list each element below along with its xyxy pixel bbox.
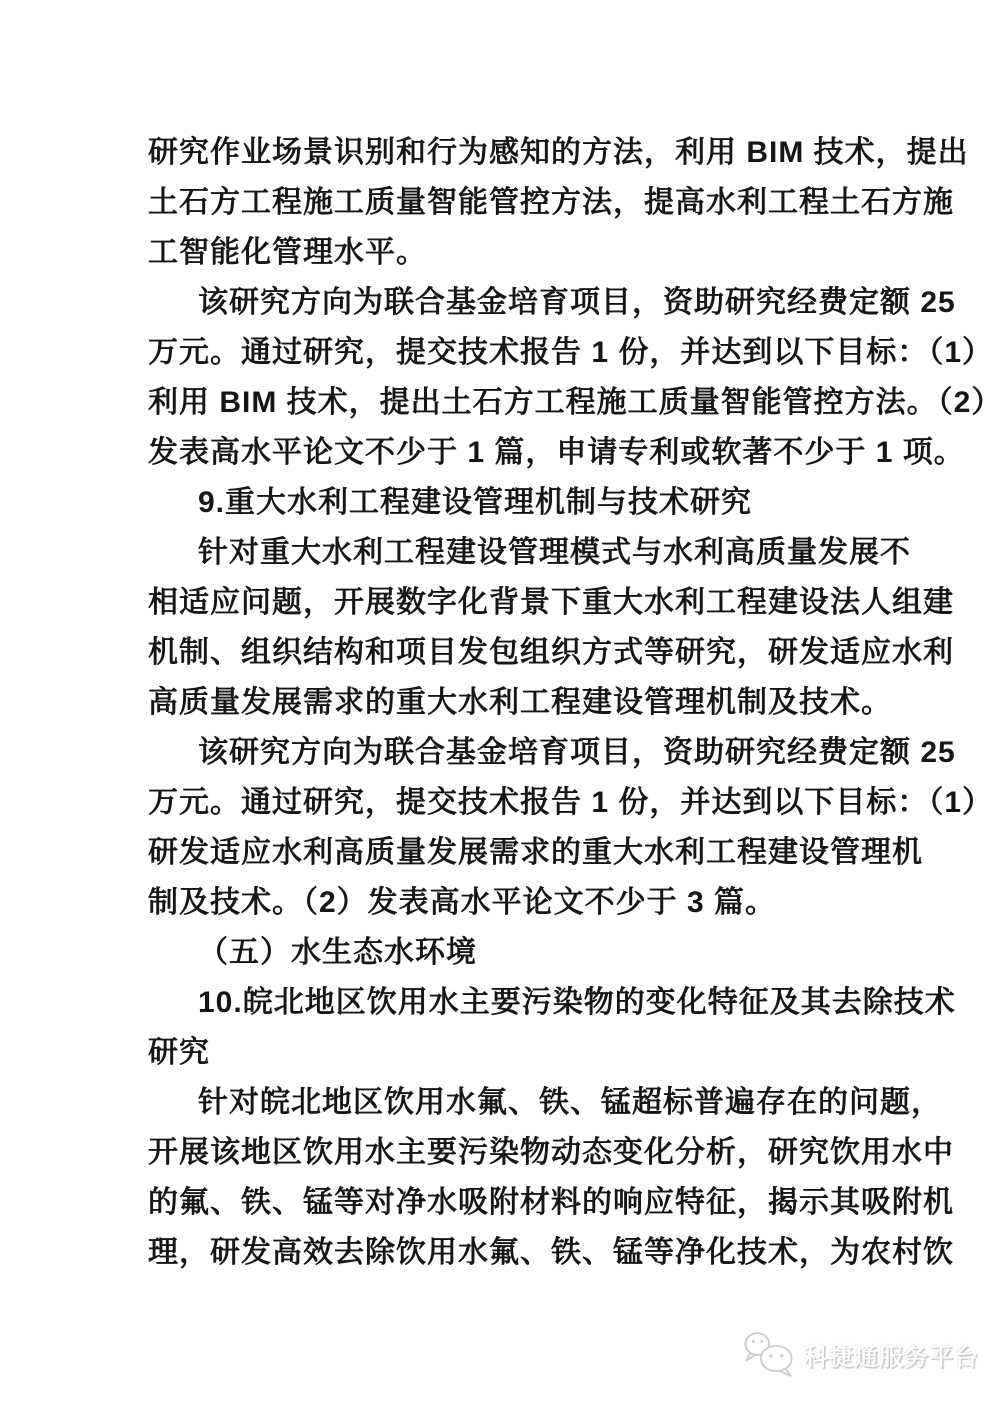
text-line: 的氟、铁、锰等对净水吸附材料的响应特征，揭示其吸附机 — [148, 1178, 858, 1228]
text-line: 针对皖北地区饮用水氟、铁、锰超标普遍存在的问题， — [148, 1078, 858, 1128]
text-line: 高质量发展需求的重大水利工程建设管理机制及技术。 — [148, 678, 858, 728]
text-line: 研究 — [148, 1028, 858, 1078]
text-line: 开展该地区饮用水主要污染物动态变化分析，研究饮用水中 — [148, 1128, 858, 1178]
text-line: 针对重大水利工程建设管理模式与水利高质量发展不 — [148, 528, 858, 578]
section-heading-9: 9.重大水利工程建设管理机制与技术研究 — [148, 478, 858, 528]
section-heading-10: 10.皖北地区饮用水主要污染物的变化特征及其去除技术 — [148, 978, 858, 1028]
chat-bubbles-icon — [740, 1330, 798, 1378]
watermark: 科捷通服务平台 — [740, 1330, 979, 1378]
text-line: 研发适应水利高质量发展需求的重大水利工程建设管理机 — [148, 828, 858, 878]
text-line: 该研究方向为联合基金培育项目，资助研究经费定额 25 — [148, 278, 858, 328]
text-line: 该研究方向为联合基金培育项目，资助研究经费定额 25 — [148, 728, 858, 778]
text-line: 发表高水平论文不少于 1 篇，申请专利或软著不少于 1 项。 — [148, 428, 858, 478]
text-line: 工智能化管理水平。 — [148, 228, 858, 278]
text-line: 万元。通过研究，提交技术报告 1 份，并达到以下目标：（1） — [148, 328, 858, 378]
document-page: { "page": { "background_color": "#ffffff… — [0, 0, 993, 1404]
text-line: 研究作业场景识别和行为感知的方法，利用 BIM 技术，提出 — [148, 128, 858, 178]
document-body-text: 研究作业场景识别和行为感知的方法，利用 BIM 技术，提出 土石方工程施工质量智… — [148, 128, 858, 1278]
text-line: 相适应问题，开展数字化背景下重大水利工程建设法人组建 — [148, 578, 858, 628]
text-line: 理，研发高效去除饮用水氟、铁、锰等净化技术，为农村饮 — [148, 1228, 858, 1278]
text-line: 机制、组织结构和项目发包组织方式等研究，研发适应水利 — [148, 628, 858, 678]
watermark-text: 科捷通服务平台 — [804, 1337, 979, 1372]
text-line: 土石方工程施工质量智能管控方法，提高水利工程土石方施 — [148, 178, 858, 228]
text-line: 万元。通过研究，提交技术报告 1 份，并达到以下目标：（1） — [148, 778, 858, 828]
text-line: 利用 BIM 技术，提出土石方工程施工质量智能管控方法。（2） — [148, 378, 858, 428]
text-line: 制及技术。（2）发表高水平论文不少于 3 篇。 — [148, 878, 858, 928]
section-heading-5: （五）水生态水环境 — [148, 928, 858, 978]
